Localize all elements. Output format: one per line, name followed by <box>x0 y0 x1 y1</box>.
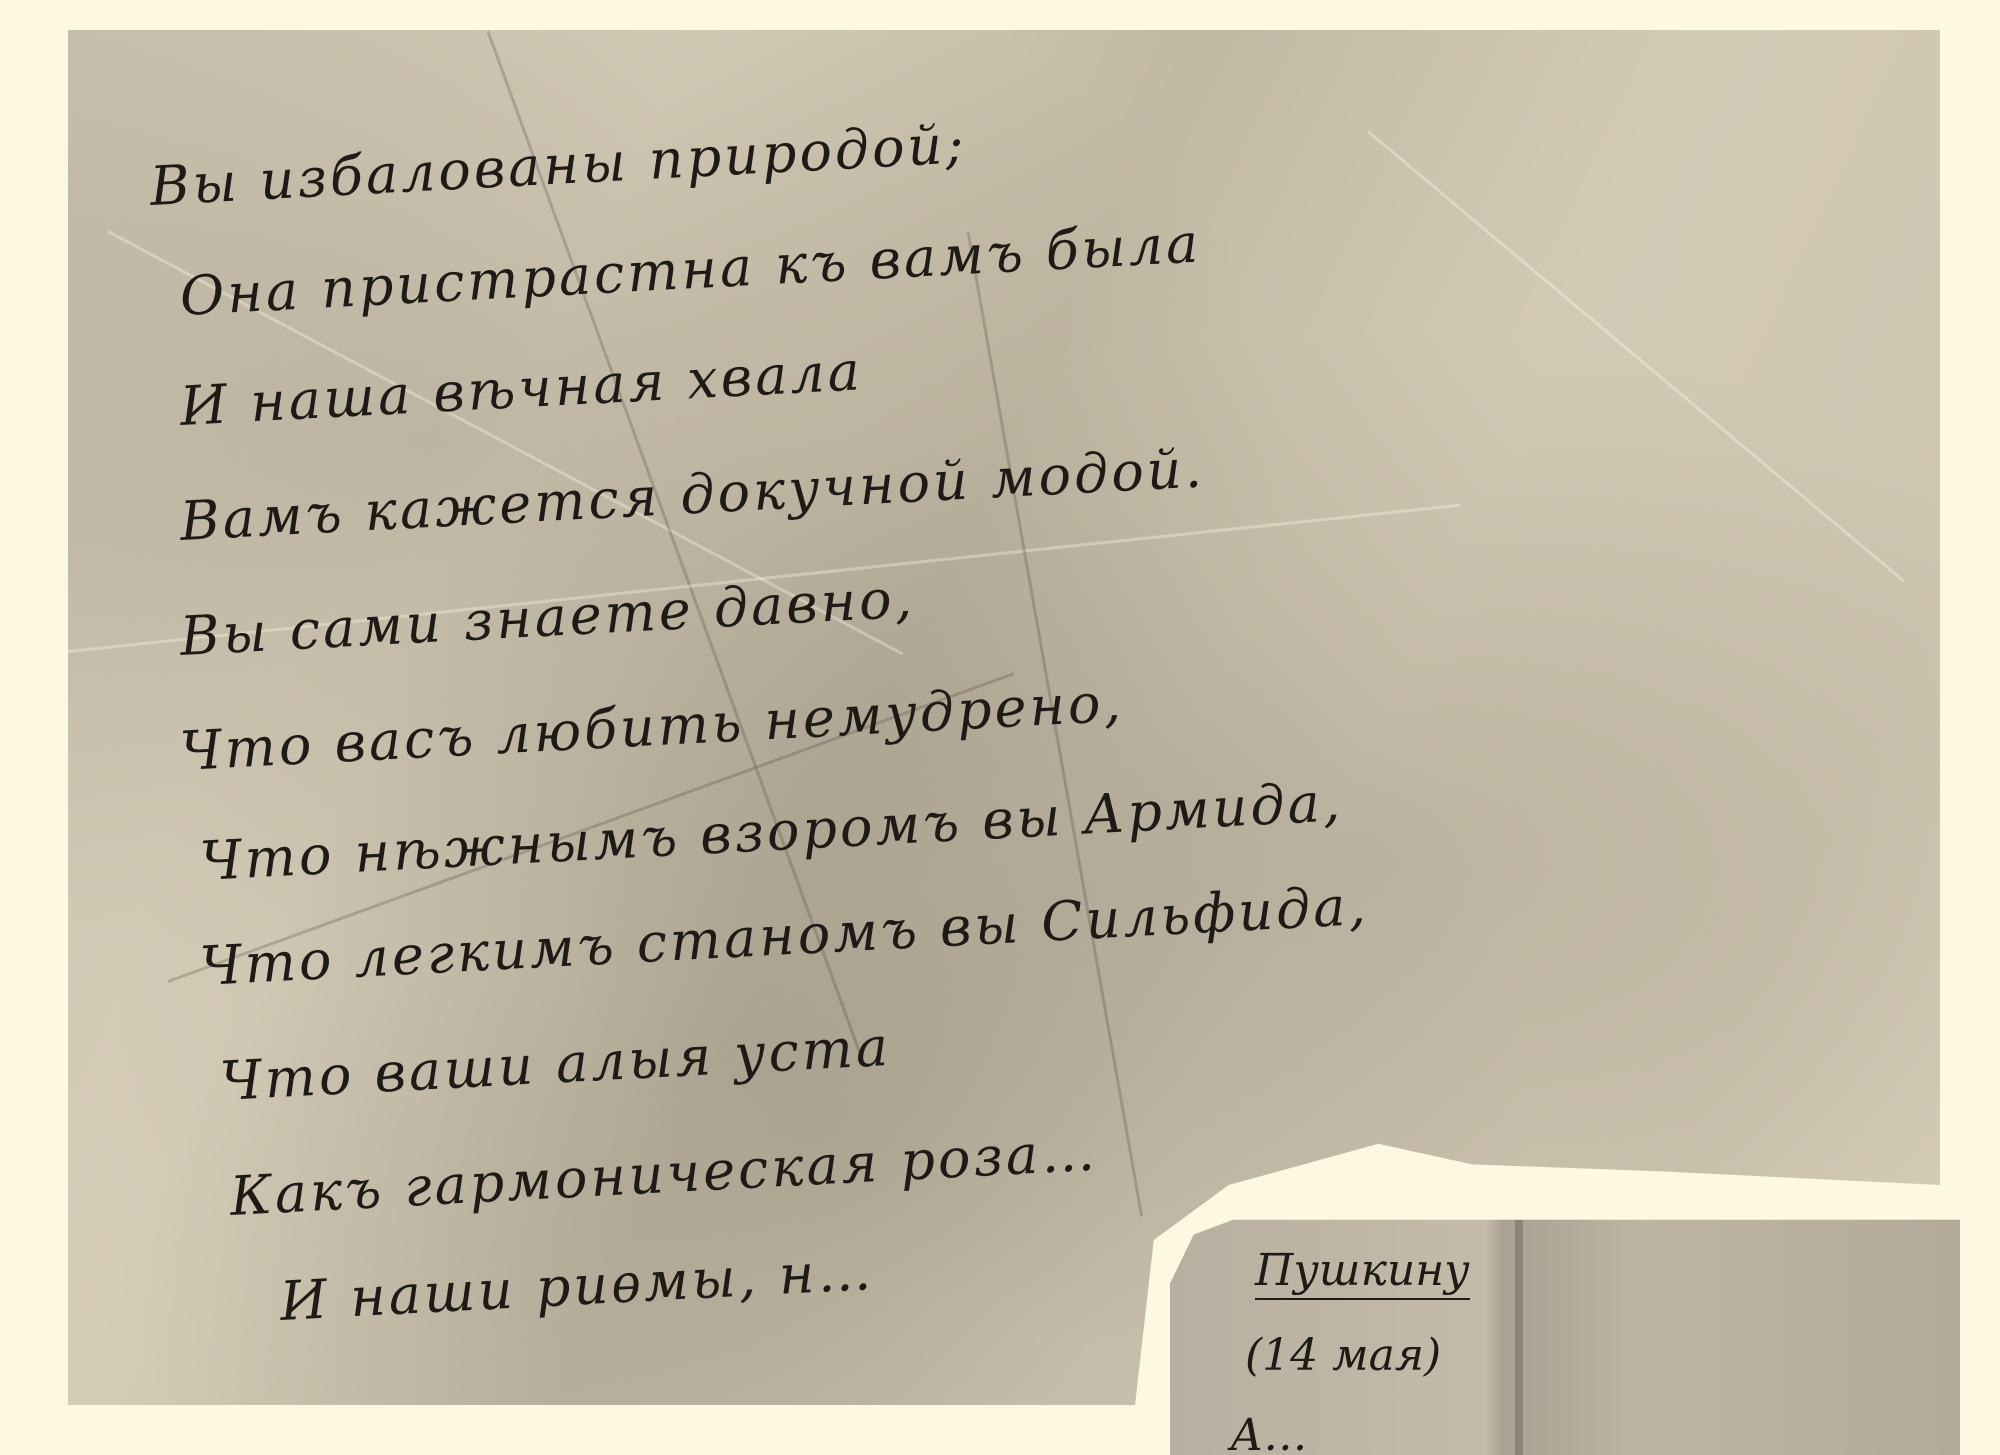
manuscript-line: Что васъ любить немудрено, <box>178 671 1125 783</box>
manuscript-line: Вы сами знаете давно, <box>178 567 916 668</box>
manuscript-line: Что ваши алыя уста <box>218 1015 892 1113</box>
fragment-addressee: Пушкину <box>1255 1245 1470 1300</box>
manuscript-line: Какъ гармоническая роза… <box>228 1120 1099 1228</box>
page-margin <box>0 1405 1170 1455</box>
manuscript-sheet: Вы избалованы природой; Она пристрастна … <box>68 30 1940 1405</box>
fragment-text: А… <box>1230 1410 1307 1455</box>
manuscript-line: Вы избалованы природой; <box>148 112 968 218</box>
fold-line <box>1515 1220 1523 1455</box>
manuscript-line: И наша вѣчная хвала <box>178 339 864 438</box>
fragment-date: (14 мая) <box>1245 1330 1441 1381</box>
manuscript-line: И наши риѳмы, н… <box>278 1239 875 1333</box>
manuscript-line: Вамъ кажется докучной модой. <box>178 436 1206 553</box>
manuscript-line: Она пристрастна къ вамъ была <box>178 212 1202 328</box>
address-fragment: Пушкину (14 мая) А… <box>1170 1210 1960 1455</box>
manuscript-line: Что легкимъ станомъ вы Сильфида, <box>198 874 1370 998</box>
paper-crease <box>1367 130 1905 582</box>
manuscript-line: Что нѣжнымъ взоромъ вы Армида, <box>198 770 1344 893</box>
